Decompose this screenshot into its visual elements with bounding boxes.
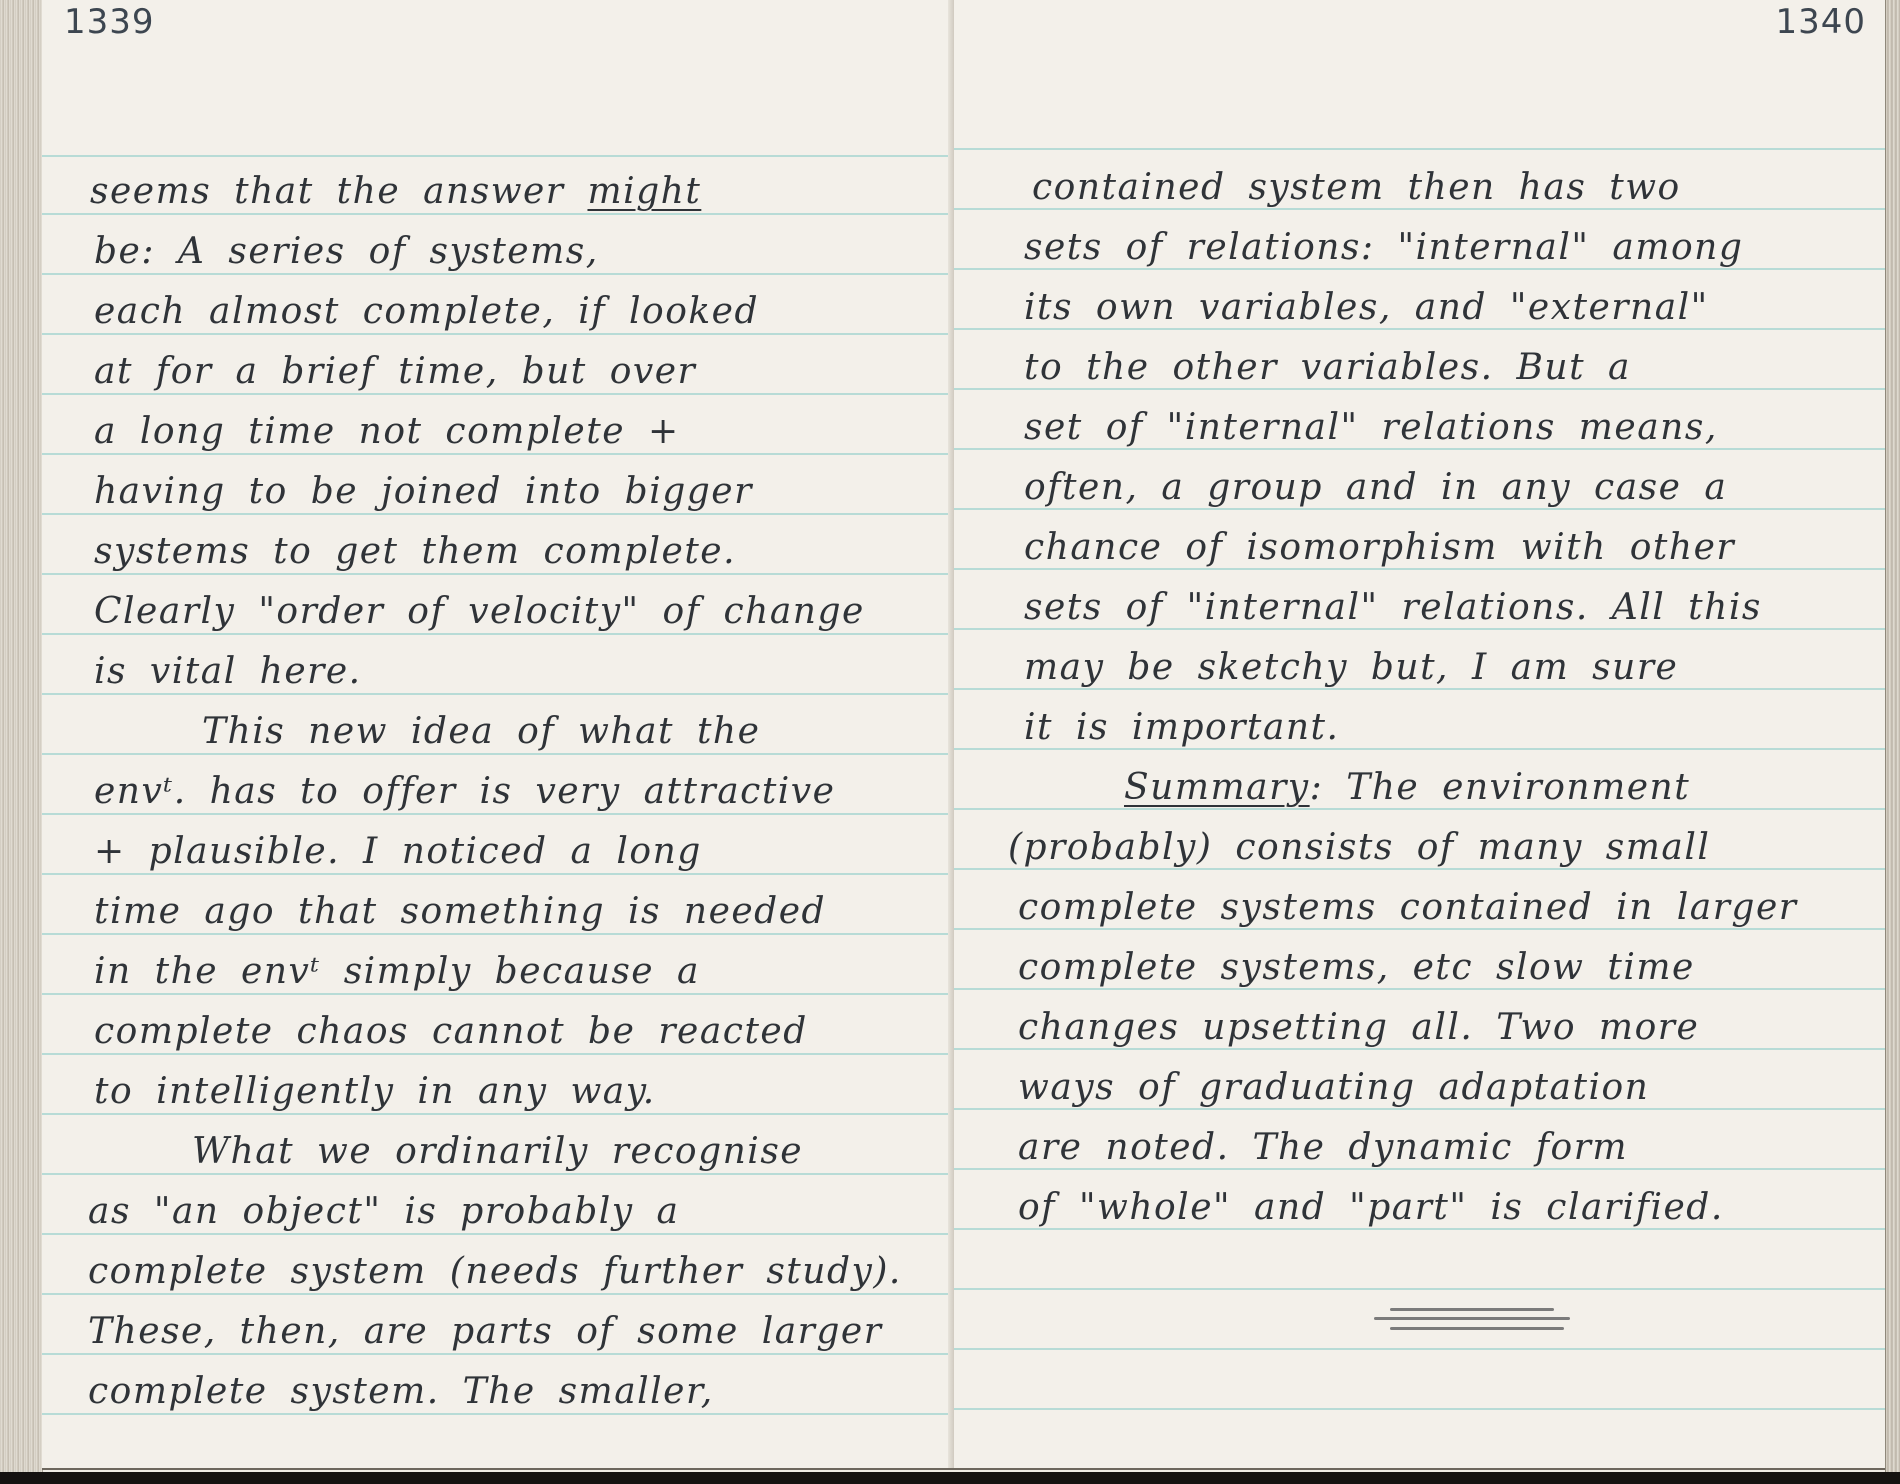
text-line: are noted. The dynamic form — [1018, 1128, 1628, 1168]
text-line: complete systems contained in larger — [1018, 888, 1798, 928]
rule-line — [42, 1293, 954, 1295]
rule-line — [42, 1413, 954, 1415]
end-mark-line — [1390, 1327, 1564, 1330]
rule-line — [42, 213, 954, 215]
text-line: (probably) consists of many small — [1008, 828, 1710, 868]
rule-line — [42, 273, 954, 275]
text-line: complete chaos cannot be reacted — [94, 1012, 808, 1052]
right-page: 1340 contained system then has two sets … — [954, 0, 1886, 1470]
rule-line — [42, 933, 954, 935]
rule-line — [42, 693, 954, 695]
text-line: a long time not complete + — [94, 412, 680, 452]
rule-line — [42, 1353, 954, 1355]
summary-heading: Summary — [1124, 767, 1310, 808]
text-line: sets of relations: "internal" among — [1024, 228, 1743, 268]
rule-line — [954, 808, 1886, 810]
rule-line — [954, 268, 1886, 270]
text-line: is vital here. — [94, 652, 362, 692]
end-mark-line — [1390, 1308, 1554, 1311]
rule-line — [954, 1408, 1886, 1410]
text-line: at for a brief time, but over — [94, 352, 696, 392]
text-line: complete system. The smaller, — [88, 1372, 714, 1412]
text-line: complete system (needs further study). — [88, 1252, 902, 1292]
text-line: often, a group and in any case a — [1024, 468, 1727, 508]
text-line: These, then, are parts of some larger — [88, 1312, 882, 1352]
text-line: systems to get them complete. — [94, 532, 736, 572]
notebook-spread: 1339 seems that the answer might be: A s… — [0, 0, 1900, 1472]
text-line: changes upsetting all. Two more — [1018, 1008, 1699, 1048]
text-line: of "whole" and "part" is clarified. — [1018, 1188, 1724, 1228]
rule-line — [42, 333, 954, 335]
rule-line — [42, 813, 954, 815]
text-line: may be sketchy but, I am sure — [1024, 648, 1678, 688]
rule-line — [954, 328, 1886, 330]
text-line: contained system then has two — [1032, 168, 1681, 208]
rule-line — [954, 1048, 1886, 1050]
rule-line — [42, 513, 954, 515]
rule-line — [42, 573, 954, 575]
text-line: its own variables, and "external" — [1024, 288, 1709, 328]
text-line: having to be joined into bigger — [94, 472, 753, 512]
rule-line — [954, 628, 1886, 630]
rule-line — [42, 453, 954, 455]
text-line: be: A series of systems, — [94, 232, 599, 272]
text-line: seems that the answer might — [90, 172, 701, 212]
text-line: in the envᵗ simply because a — [94, 952, 700, 992]
text-line: envᵗ. has to offer is very attractive — [94, 772, 835, 812]
page-edges-left — [0, 0, 43, 1472]
rule-line — [954, 988, 1886, 990]
text-line: Clearly "order of velocity" of change — [94, 592, 865, 632]
summary-colon-text: : The environment — [1310, 767, 1691, 808]
rule-line — [42, 1113, 954, 1115]
rule-line — [954, 748, 1886, 750]
rule-line — [954, 688, 1886, 690]
rule-line — [954, 208, 1886, 210]
rule-line — [954, 868, 1886, 870]
text-line: as "an object" is probably a — [88, 1192, 680, 1232]
rule-line — [42, 873, 954, 875]
underlined-word: might — [587, 171, 701, 212]
rule-line — [954, 1168, 1886, 1170]
rule-line — [42, 633, 954, 635]
rule-line — [42, 393, 954, 395]
rule-line — [954, 388, 1886, 390]
rule-line — [42, 1233, 954, 1235]
text-line: + plausible. I noticed a long — [94, 832, 702, 872]
page-edges-right — [1885, 0, 1900, 1472]
rule-line — [954, 1288, 1886, 1290]
rule-line — [954, 508, 1886, 510]
text-line: ways of graduating adaptation — [1018, 1068, 1649, 1108]
rule-line — [954, 568, 1886, 570]
text-line: it is important. — [1024, 708, 1339, 748]
left-page-number: 1339 — [64, 2, 155, 42]
text-line: time ago that something is needed — [94, 892, 826, 932]
text-line: Summary: The environment — [1124, 768, 1690, 808]
rule-line — [954, 1108, 1886, 1110]
text-line: complete systems, etc slow time — [1018, 948, 1695, 988]
rule-line — [954, 1348, 1886, 1350]
rule-line — [42, 753, 954, 755]
rule-line — [42, 155, 954, 157]
text-line: sets of "internal" relations. All this — [1024, 588, 1762, 628]
rule-line — [954, 448, 1886, 450]
text-line: What we ordinarily recognise — [192, 1132, 803, 1172]
rule-line — [954, 928, 1886, 930]
text-line: to the other variables. But a — [1024, 348, 1631, 388]
text-line: to intelligently in any way. — [94, 1072, 656, 1112]
rule-line — [954, 148, 1886, 150]
rule-line — [954, 1228, 1886, 1230]
left-page: 1339 seems that the answer might be: A s… — [42, 0, 954, 1470]
text-line: each almost complete, if looked — [94, 292, 759, 332]
rule-line — [42, 1173, 954, 1175]
text-line: chance of isomorphism with other — [1024, 528, 1735, 568]
right-page-number: 1340 — [1775, 2, 1866, 42]
end-mark-line — [1374, 1317, 1570, 1320]
rule-line — [42, 1053, 954, 1055]
text-line: This new idea of what the — [202, 712, 760, 752]
text-line: set of "internal" relations means, — [1024, 408, 1718, 448]
section-end-marks — [1374, 1302, 1574, 1342]
rule-line — [42, 993, 954, 995]
